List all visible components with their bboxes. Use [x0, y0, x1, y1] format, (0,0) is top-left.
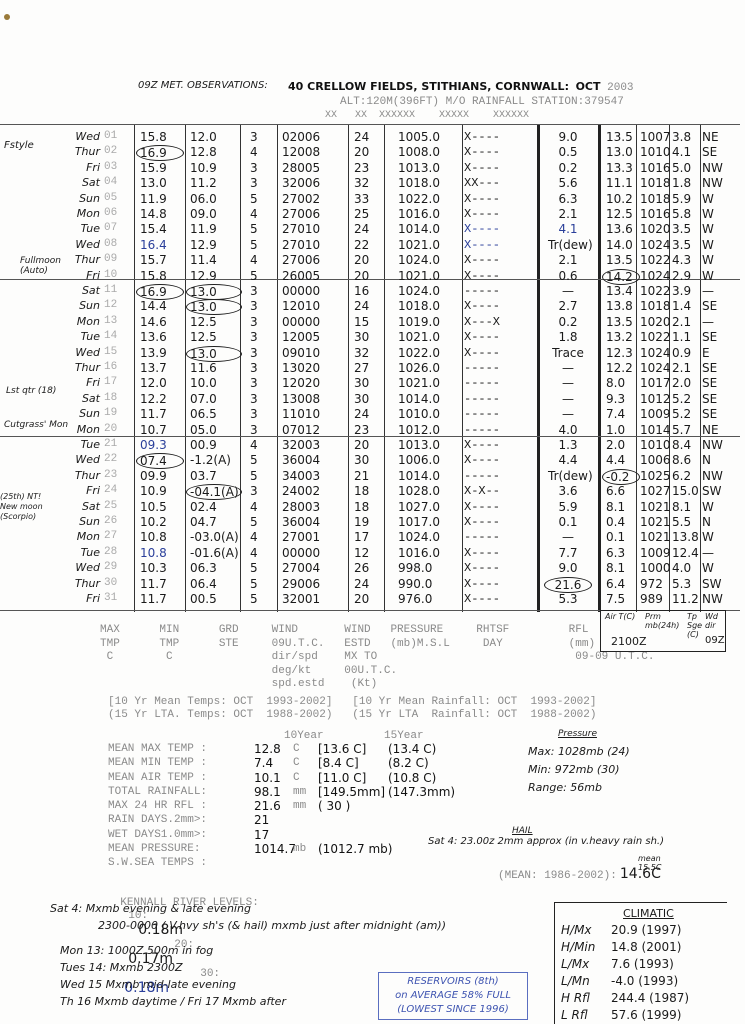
day-cell: Tue: [62, 330, 100, 343]
summary-row: RAIN DAYS.2mm>:21: [108, 813, 250, 827]
pressure-min-cell: 1025: [640, 469, 672, 483]
air-temp-cell: 14.0: [606, 238, 636, 252]
pressure-min-cell: 1022: [640, 330, 672, 344]
date-cell: 05: [104, 192, 128, 204]
pressure-cell: 1021.0: [398, 330, 448, 344]
pressure-cell: 1014.0: [398, 222, 448, 236]
min-temp-cell: 03.7: [190, 469, 238, 483]
wind-max-cell: 20: [354, 253, 378, 267]
table-row: Thur0915.711.4427006201024.0X----2.113.5…: [0, 253, 740, 269]
summary-value: 98.1: [254, 785, 281, 799]
wind-max-cell: 12: [354, 546, 378, 560]
pressure-min-cell: 1007: [640, 130, 672, 144]
address-text: 40 CRELLOW FIELDS, STITHIANS, CORNWALL:: [288, 80, 569, 93]
min-temp-cell: 13.0: [186, 284, 242, 300]
table-row: Sun2610.204.7536004191017.0X----0.10.410…: [0, 515, 740, 531]
rainfall-cell: 3.6: [548, 484, 588, 498]
climatic-row: H/Mx20.9 (1997): [561, 923, 681, 937]
pressure-cell: 1014.0: [398, 392, 448, 406]
wind-dir-cell: N: [702, 515, 726, 529]
pressure-cell: 1022.0: [398, 192, 448, 206]
wind-max-cell: 32: [354, 176, 378, 190]
air-temp-cell: 12.2: [606, 361, 636, 375]
wind-dir-cell: —: [702, 284, 726, 298]
climatic-key: H/Min: [561, 940, 611, 954]
max-temp-cell: 10.9: [140, 484, 180, 498]
sea-temp-cell: 5.2: [672, 392, 698, 406]
rhtsf-cell: X----: [464, 561, 536, 575]
pressure-min-cell: 1000: [640, 561, 672, 575]
ground-state-cell: 4: [250, 546, 264, 560]
wind-max-cell: 30: [354, 376, 378, 390]
ground-state-cell: 5: [250, 561, 264, 575]
wind-cell: 32006: [282, 176, 334, 190]
table-row: Tue2109.300.9432003201013.0X----1.32.010…: [0, 438, 740, 454]
pressure-cell: 1024.0: [398, 530, 448, 544]
max-temp-cell: 09.3: [140, 438, 180, 452]
pressure-cell: 998.0: [398, 561, 448, 575]
rainfall-cell: 2.1: [548, 207, 588, 221]
sea-temp-cell: 4.1: [672, 145, 698, 159]
table-row: Mon2010.705.0307012231012.0-----4.01.010…: [0, 423, 740, 439]
day-cell: Mon: [62, 315, 100, 328]
summary-value: 17: [254, 828, 269, 842]
sea-temp-cell: 2.1: [672, 315, 698, 329]
min-temp-cell: 06.0: [190, 192, 238, 206]
min-temp-cell: 13.0: [186, 346, 242, 362]
table-row: Fri2410.9-04.1(A)324002181028.0X-X--3.66…: [0, 484, 740, 500]
means-header: [10 Yr Mean Temps: OCT 1993-2002] [10 Yr…: [108, 696, 596, 722]
day-cell: Mon: [62, 207, 100, 220]
summary-unit: C: [293, 756, 300, 770]
air-temp-cell: 13.6: [606, 222, 636, 236]
max-temp-cell: 15.7: [140, 253, 180, 267]
table-row: Wed2910.306.352700426998.0X----9.08.1100…: [0, 561, 740, 577]
pressure-min-cell: 1012: [640, 392, 672, 406]
min-temp-cell: 12.5: [190, 330, 238, 344]
ground-state-cell: 5: [250, 453, 264, 467]
rhtsf-cell: -----: [464, 392, 536, 406]
pressure-cell: 1021.0: [398, 376, 448, 390]
wind-max-cell: 24: [354, 577, 378, 591]
sea-temp-cell: 4.0: [672, 561, 698, 575]
wind-cell: 11010: [282, 407, 334, 421]
pressure-cell: 1027.0: [398, 500, 448, 514]
climatic-key: L Rfl: [561, 1008, 611, 1022]
wind-max-cell: 18: [354, 484, 378, 498]
rhtsf-cell: X----: [464, 546, 536, 560]
summary-value: 10.1: [254, 771, 281, 785]
note-line: 2300-0000 ( V.hvy sh's (& hail) mxmb jus…: [98, 917, 446, 934]
wind-max-cell: 32: [354, 346, 378, 360]
table-row: Mon1314.612.5300000151019.0X---X0.213.51…: [0, 315, 740, 331]
rainfall-cell: —: [548, 361, 588, 375]
rhtsf-cell: X----: [464, 253, 536, 267]
table-row: Tue0715.411.9527010241014.0X----4.113.61…: [0, 222, 740, 238]
summary-unit: C: [293, 742, 300, 756]
wind-cell: 27010: [282, 222, 334, 236]
rhtsf-cell: X----: [464, 192, 536, 206]
wind-max-cell: 18: [354, 500, 378, 514]
wind-cell: 13020: [282, 361, 334, 375]
min-temp-cell: 00.9: [190, 438, 238, 452]
date-cell: 11: [104, 284, 128, 296]
pressure-min-cell: 1021: [640, 530, 672, 544]
day-cell: Fri: [62, 376, 100, 389]
sea-temp-cell: 1.8: [672, 176, 698, 190]
wind-cell: 24002: [282, 484, 334, 498]
summary-value: 1014.7: [254, 842, 296, 856]
climatic-row: L/Mn-4.0 (1993): [561, 974, 678, 988]
date-cell: 09: [104, 253, 128, 265]
wind-max-cell: 24: [354, 222, 378, 236]
rainfall-cell: —: [548, 392, 588, 406]
note-line: Tues 14: Mxmb 2300Z: [60, 959, 286, 976]
max-temp-cell: 11.7: [140, 407, 180, 421]
wind-max-cell: 15: [354, 315, 378, 329]
wind-max-cell: 27: [354, 361, 378, 375]
day-cell: Wed: [62, 346, 100, 359]
observations-table: Wed0115.812.0302006241005.0X----9.013.51…: [0, 124, 740, 612]
rhtsf-cell: -----: [464, 376, 536, 390]
rhtsf-cell: XX---: [464, 176, 536, 190]
pressure-min-cell: 1020: [640, 315, 672, 329]
air-temp-cell: 7.5: [606, 592, 636, 606]
extra-columns-legend: Air T(C) Prm mb(24h) Tp Sge (C) Wd dir 2…: [600, 610, 726, 652]
ground-state-cell: 5: [250, 222, 264, 236]
weather-notes-2: Mon 13: 1000Z 500m in fog Tues 14: Mxmb …: [60, 942, 286, 1010]
row-divider: [0, 124, 740, 125]
date-cell: 14: [104, 330, 128, 342]
summary-label: MEAN PRESSURE:: [108, 842, 250, 856]
day-cell: Wed: [62, 238, 100, 251]
wind-dir-cell: W: [702, 207, 726, 221]
max-temp-cell: 15.4: [140, 222, 180, 236]
min-temp-cell: 06.3: [190, 561, 238, 575]
day-cell: Sat: [62, 500, 100, 513]
air-temp-cell: 13.5: [606, 130, 636, 144]
max-temp-cell: 15.8: [140, 269, 180, 283]
climatic-key: H Rfl: [561, 991, 611, 1005]
max-temp-cell: 09.9: [140, 469, 180, 483]
date-cell: 20: [104, 423, 128, 435]
min-temp-cell: 11.9: [190, 222, 238, 236]
pressure-min-cell: 1009: [640, 407, 672, 421]
day-cell: Tue: [62, 546, 100, 559]
table-row: Sat1812.207.0313008301014.0-----—9.31012…: [0, 392, 740, 408]
pressure-min-cell: 972: [640, 577, 672, 591]
max-temp-cell: 10.2: [140, 515, 180, 529]
sea-temp-cell: 15.0: [672, 484, 698, 498]
wind-cell: 12010: [282, 299, 334, 313]
air-temp-cell: 0.1: [606, 530, 636, 544]
min-temp-cell: 06.5: [190, 407, 238, 421]
day-cell: Fri: [62, 161, 100, 174]
rhtsf-cell: -----: [464, 407, 536, 421]
air-temp-cell: 13.0: [606, 145, 636, 159]
table-row: Wed2207.4-1.2(A)536004301006.0X----4.44.…: [0, 453, 740, 469]
day-cell: Wed: [62, 453, 100, 466]
rainfall-cell: 0.1: [548, 515, 588, 529]
pressure-cell: 1024.0: [398, 253, 448, 267]
rainfall-cell: —: [548, 376, 588, 390]
note-line: Mon 13: 1000Z 500m in fog: [60, 942, 286, 959]
date-cell: 15: [104, 346, 128, 358]
rhtsf-cell: X-X--: [464, 484, 536, 498]
summary-10yr: (1012.7 mb): [318, 842, 392, 856]
wind-cell: 12005: [282, 330, 334, 344]
rainfall-cell: 2.1: [548, 253, 588, 267]
wind-cell: 27002: [282, 192, 334, 206]
pressure-cell: 1016.0: [398, 207, 448, 221]
max-temp-cell: 16.9: [136, 145, 184, 161]
max-temp-cell: 16.9: [136, 284, 184, 300]
day-cell: Mon: [62, 530, 100, 543]
max-temp-cell: 13.9: [140, 346, 180, 360]
wind-max-cell: 24: [354, 299, 378, 313]
climatic-row: L Rfl57.6 (1999): [561, 1008, 681, 1022]
date-cell: 22: [104, 453, 128, 465]
date-cell: 13: [104, 315, 128, 327]
wind-cell: 27004: [282, 561, 334, 575]
pressure-cell: 1017.0: [398, 515, 448, 529]
air-temp-cell: 13.8: [606, 299, 636, 313]
summary-label: MEAN AIR TEMP :: [108, 771, 250, 785]
table-row: Mon2710.8-03.0(A)427001171024.0-----—0.1…: [0, 530, 740, 546]
note-last-quarter: Lst qtr (18): [6, 386, 56, 396]
table-row: Sat0413.011.2332006321018.0XX---5.611.11…: [0, 176, 740, 192]
sea-temp-cell: 6.2: [672, 469, 698, 483]
summary-value: 21.6: [254, 799, 281, 813]
note-line: Wed 15 Mxmb mid-late evening: [60, 976, 286, 993]
day-cell: Sun: [62, 192, 100, 205]
rhtsf-cell: X----: [464, 207, 536, 221]
pressure-min-cell: 1018: [640, 192, 672, 206]
day-cell: Tue: [62, 438, 100, 451]
sea-temp-cell: 8.1: [672, 500, 698, 514]
wind-max-cell: 19: [354, 515, 378, 529]
sea-temp-cell: 13.8: [672, 530, 698, 544]
min-temp-cell: 05.0: [190, 423, 238, 437]
table-row: Wed1513.913.0309010321022.0X----Trace12.…: [0, 346, 740, 362]
wind-max-cell: 17: [354, 530, 378, 544]
handwritten-title: 09Z MET. OBSERVATIONS:: [138, 80, 268, 91]
summary-row: TOTAL RAINFALL:98.1mm[149.5mm](147.3mm): [108, 785, 250, 799]
pressure-cell: 1021.0: [398, 238, 448, 252]
wind-max-cell: 20: [354, 438, 378, 452]
date-cell: 25: [104, 500, 128, 512]
sea-temp-cell: 2.9: [672, 269, 698, 283]
pressure-cell: 1016.0: [398, 546, 448, 560]
table-row: Thur0216.912.8412008201008.0X----0.513.0…: [0, 145, 740, 161]
date-cell: 18: [104, 392, 128, 404]
wind-cell: 12008: [282, 145, 334, 159]
ground-state-cell: 3: [250, 346, 264, 360]
wind-max-cell: 30: [354, 330, 378, 344]
rhtsf-cell: X----: [464, 222, 536, 236]
pressure-cell: 1026.0: [398, 361, 448, 375]
wind-dir-cell: W: [702, 500, 726, 514]
wind-cell: 36004: [282, 453, 334, 467]
table-row: Sun1911.706.5311010241010.0-----—7.41009…: [0, 407, 740, 423]
wind-dir-cell: SW: [702, 577, 726, 591]
wind-dir-cell: N: [702, 453, 726, 467]
wind-dir-cell: —: [702, 315, 726, 329]
sea-temp-cell: 4.3: [672, 253, 698, 267]
max-temp-cell: 16.4: [140, 238, 180, 252]
summary-15yr: (147.3mm): [388, 785, 455, 799]
min-temp-cell: 12.0: [190, 130, 238, 144]
station-info: ALT:120M(396FT) M/O RAINFALL STATION:379…: [340, 96, 624, 108]
air-temp-cell: 9.3: [606, 392, 636, 406]
rhtsf-cell: X----: [464, 438, 536, 452]
air-temp-cell: 12.3: [606, 346, 636, 360]
pressure-cell: 1013.0: [398, 438, 448, 452]
max-temp-cell: 11.7: [140, 577, 180, 591]
climatic-value: 20.9 (1997): [611, 923, 681, 937]
wind-dir-cell: NW: [702, 438, 726, 452]
ground-state-cell: 3: [250, 407, 264, 421]
air-temp-cell: 7.4: [606, 407, 636, 421]
wind-dir-cell: W: [702, 530, 726, 544]
sea-temp-cell: 11.2: [672, 592, 698, 606]
min-temp-cell: 04.7: [190, 515, 238, 529]
sea-temp-cell: 0.9: [672, 346, 698, 360]
day-cell: Tue: [62, 222, 100, 235]
rhtsf-cell: X----: [464, 330, 536, 344]
rhtsf-cell: -----: [464, 361, 536, 375]
day-cell: Sat: [62, 392, 100, 405]
air-temp-cell: 13.4: [606, 284, 636, 298]
air-temp-cell: 0.4: [606, 515, 636, 529]
pressure-min-cell: 1018: [640, 176, 672, 190]
max-temp-cell: 15.8: [140, 130, 180, 144]
min-temp-cell: 11.6: [190, 361, 238, 375]
summary-15yr: (10.8 C): [388, 771, 436, 785]
day-cell: Sun: [62, 515, 100, 528]
rainfall-cell: 5.3: [548, 592, 588, 606]
pressure-min-cell: 1006: [640, 453, 672, 467]
ground-state-cell: 3: [250, 299, 264, 313]
note-line: Th 16 Mxmb daytime / Fri 17 Mxmb after: [60, 993, 286, 1010]
pressure-min-cell: 1024: [640, 346, 672, 360]
max-temp-cell: 14.8: [140, 207, 180, 221]
pressure-min-cell: 1016: [640, 161, 672, 175]
day-cell: Sat: [62, 284, 100, 297]
wind-max-cell: 16: [354, 284, 378, 298]
summary-value: 21: [254, 813, 269, 827]
wind-dir-cell: W: [702, 269, 726, 283]
climatic-row: H/Min14.8 (2001): [561, 940, 681, 954]
wind-cell: 00000: [282, 284, 334, 298]
wind-max-cell: 23: [354, 161, 378, 175]
rainfall-cell: 0.2: [548, 161, 588, 175]
hail-title: HAIL: [512, 826, 664, 836]
punch-mark: [4, 14, 10, 20]
ground-state-cell: 3: [250, 376, 264, 390]
rainfall-cell: 4.4: [548, 453, 588, 467]
date-cell: 24: [104, 484, 128, 496]
sea-temp-cell: 5.9: [672, 192, 698, 206]
rainfall-cell: 0.2: [548, 315, 588, 329]
date-cell: 27: [104, 530, 128, 542]
max-temp-cell: 14.6: [140, 315, 180, 329]
air-temp-cell: 8.0: [606, 376, 636, 390]
air-temp-cell: 13.5: [606, 315, 636, 329]
climatic-box: CLIMATIC H/Mx20.9 (1997)H/Min14.8 (2001)…: [554, 902, 727, 1024]
summary-10yr: [11.0 C]: [318, 771, 366, 785]
rhtsf-cell: -----: [464, 423, 536, 437]
date-cell: 12: [104, 299, 128, 311]
wind-cell: 32001: [282, 592, 334, 606]
wind-dir-cell: NW: [702, 176, 726, 190]
climatic-value: 57.6 (1999): [611, 1008, 681, 1022]
date-cell: 06: [104, 207, 128, 219]
wind-dir-cell: SE: [702, 145, 726, 159]
ground-state-cell: 5: [250, 515, 264, 529]
min-temp-cell: -03.0(A): [190, 530, 238, 544]
climatic-row: H Rfl244.4 (1987): [561, 991, 689, 1005]
table-row: Sun0511.906.0527002331022.0X----6.310.21…: [0, 192, 740, 208]
sea-temp-label: (MEAN: 1986-2002):: [498, 870, 617, 882]
air-temp-cell: -0.2: [602, 469, 640, 485]
table-row: Sat1116.913.0300000161024.0-----—13.4102…: [0, 284, 740, 300]
wind-dir-cell: W: [702, 561, 726, 575]
rainfall-cell: 5.6: [548, 176, 588, 190]
sea-temp-cell: 3.5: [672, 222, 698, 236]
sea-temp-cell: 5.5: [672, 515, 698, 529]
legend-prm: Prm mb(24h): [645, 612, 679, 630]
air-temp-cell: 12.5: [606, 207, 636, 221]
date-cell: 02: [104, 145, 128, 157]
ground-state-cell: 5: [250, 238, 264, 252]
rainfall-cell: 9.0: [548, 561, 588, 575]
weather-log-sheet: 09Z MET. OBSERVATIONS: 40 CRELLOW FIELDS…: [0, 0, 745, 1024]
date-cell: 31: [104, 592, 128, 604]
rhtsf-cell: X----: [464, 238, 536, 252]
summary-value: 7.4: [254, 756, 273, 770]
pressure-cell: 1021.0: [398, 269, 448, 283]
sea-temp-cell: 5.3: [672, 577, 698, 591]
summary-label: TOTAL RAINFALL:: [108, 785, 250, 799]
summary-label: MAX 24 HR RFL :: [108, 799, 250, 813]
day-cell: Fri: [62, 592, 100, 605]
air-temp-cell: 6.3: [606, 546, 636, 560]
pressure-cell: 1010.0: [398, 407, 448, 421]
wind-dir-cell: NW: [702, 469, 726, 483]
max-temp-cell: 07.4: [136, 453, 184, 469]
date-cell: 16: [104, 361, 128, 373]
sea-temp-cell: 3.8: [672, 130, 698, 144]
air-temp-cell: 4.4: [606, 453, 636, 467]
rhtsf-cell: X----: [464, 269, 536, 283]
weather-notes: Sat 4: Mxmb evening & late evening 2300-…: [50, 900, 446, 934]
date-cell: 21: [104, 438, 128, 450]
wind-max-cell: 20: [354, 592, 378, 606]
day-cell: Sat: [62, 176, 100, 189]
wind-cell: 00000: [282, 546, 334, 560]
pressure-range: Range: 56mb: [528, 779, 630, 797]
wind-max-cell: 25: [354, 207, 378, 221]
pressure-min-cell: 1024: [640, 361, 672, 375]
rhtsf-cell: X----: [464, 299, 536, 313]
table-row: Sat2510.502.4428003181027.0X----5.98.110…: [0, 500, 740, 516]
pressure-min-cell: 1020: [640, 222, 672, 236]
summary-15yr: (13.4 C): [388, 742, 436, 756]
pressure-title: Pressure: [558, 725, 630, 743]
pressure-cell: 1014.0: [398, 469, 448, 483]
max-temp-cell: 11.9: [140, 192, 180, 206]
